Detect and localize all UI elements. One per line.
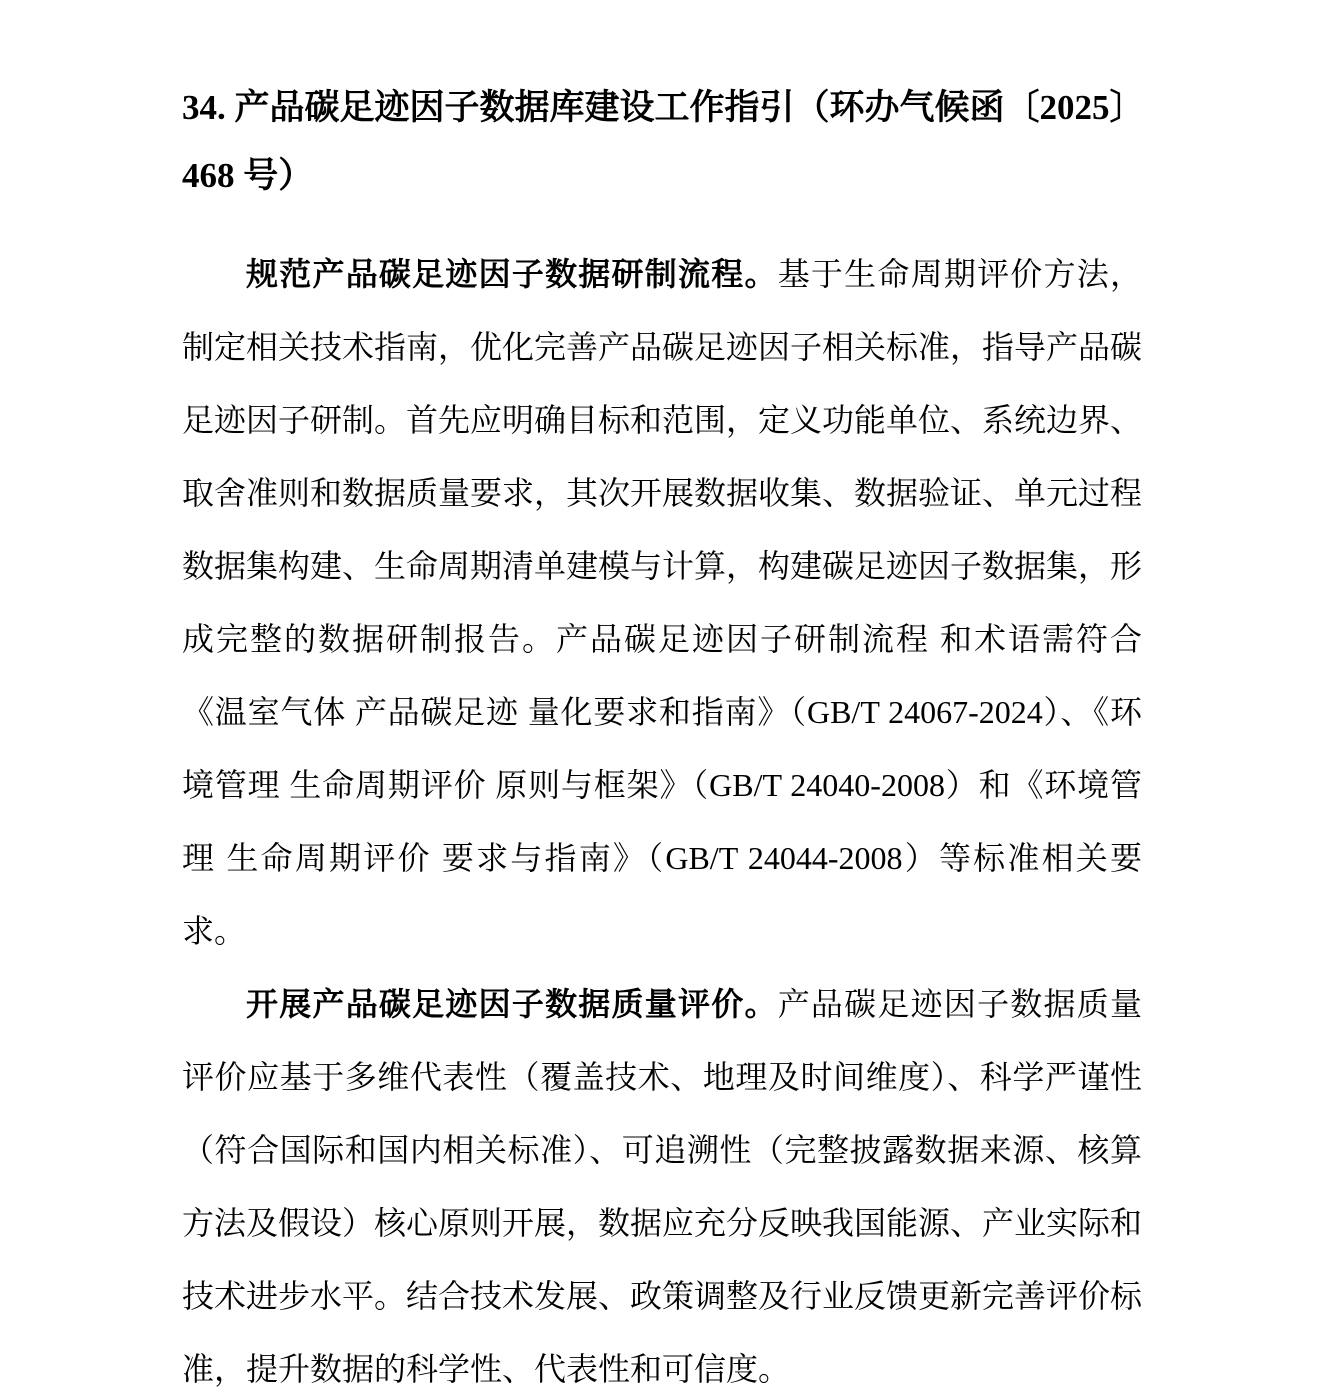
paragraph-research-process-lead: 规范产品碳足迹因子数据研制流程。 (246, 256, 778, 292)
paragraph-quality-evaluation-body: 产品碳足迹因子数据质量评价应基于多维代表性（覆盖技术、地理及时间维度）、科学严谨… (182, 986, 1142, 1387)
paragraph-research-process: 规范产品碳足迹因子数据研制流程。基于生命周期评价方法，制定相关技术指南，优化完善… (182, 238, 1142, 968)
document-title: 34. 产品碳足迹因子数据库建设工作指引（环办气候函〔2025〕468 号） (182, 74, 1187, 210)
paragraph-research-process-body: 基于生命周期评价方法，制定相关技术指南，优化完善产品碳足迹因子相关标准，指导产品… (182, 256, 1142, 949)
paragraph-quality-evaluation-lead: 开展产品碳足迹因子数据质量评价。 (246, 986, 778, 1022)
document-page: 34. 产品碳足迹因子数据库建设工作指引（环办气候函〔2025〕468 号） 规… (0, 0, 1322, 1400)
paragraph-quality-evaluation: 开展产品碳足迹因子数据质量评价。产品碳足迹因子数据质量评价应基于多维代表性（覆盖… (182, 968, 1142, 1400)
